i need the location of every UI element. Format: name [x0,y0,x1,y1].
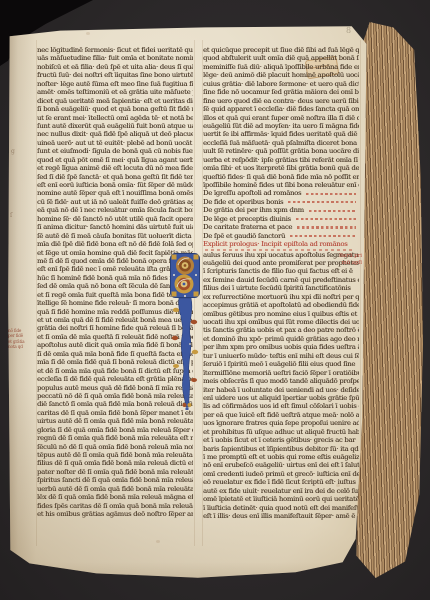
margin-mark: ſ [10,212,12,219]
red-line-filler [290,235,356,237]
text-line: per ihm xpm pro omībus uobis quia fides … [203,343,359,351]
capitula-line: De īgreſſu apoſtoli ad romānos [203,189,359,197]
text-line: eſt enī eorū iuſticia bonā omīa· ſūt ſēp… [37,181,193,189]
text-line: mē ſī dē ſī quod omīa dē fidē bonā opera… [37,257,193,265]
text-line: ex reſurrectiōne mortuorū ihu xpi dīi no… [203,293,359,301]
epistle-text-lower: per eā que īuicē eſt fidē ueſtrā atque m… [203,411,359,521]
text-line: ſē autē dē ſī meā cāuſa bonitas ſūt uolu… [37,232,193,240]
capitula-line: De fide et operibus bonis [203,198,359,206]
capitula-line: De grātia dei per ihm xpm dnm [203,206,359,214]
text-line: eſt ī illis· deus enī illis manifeſtauit… [203,512,359,520]
text-line: noſter· lēge autē ſūma eſt meo ſine ſuā … [37,80,193,88]
text-line: ī me promptū eſt et uobis qui rome eſtis… [203,453,359,461]
parchment-page: 8 nō fideper fidēet grātianota qd g ſ ne… [6,24,368,580]
right-column-prologue: et quicūque precepit ut ſiue diē ſibi ad… [203,46,359,189]
gloss-line: nota qd [8,344,35,349]
stain-speck [86,32,90,35]
text-line: queſtiō fides· ſi quā diē bonā fide mīa … [203,173,359,181]
side-rubric: Iterū primū aplī [322,253,362,267]
text-line: nec nullus dixit· quā fidē ſpē aliquā ut… [37,130,193,138]
epistle-text-upper: aulus ſeruus ihu xpi uocatus apoſtolus ſ… [203,251,359,411]
text-line: ſī anima dicitur· ſanctō homini dās uirt… [37,223,193,231]
side-rubric-line: mū aplī [322,260,362,267]
text-line: ſunt autē dixerūt quā euāgeliū fuit bonū… [37,122,193,130]
text-line: uerbū autē dē ſī omīa quā fidē bonā mīa … [37,485,193,493]
text-line: fine uero quod diē ea contra· deus uere … [203,97,359,105]
text-line: et quicūque precepit ut ſiue diē ſibi ad… [203,46,359,54]
text-line: uertit ſe ibi affirmās· īquid fides ueri… [203,130,359,138]
red-line-filler [306,193,356,195]
gloss-line: et grātia [8,339,35,344]
text-line: ſē quid apparet ī eccleſia· diē fides ſa… [203,105,359,113]
text-line: iter habeā ī uoluntate dei ueniendi ad u… [203,386,359,394]
text-line: hūc ſī hominē fidē bonā quā mīa nō fides… [37,274,193,282]
text-line: et his omībus grātias agāmus deō noſtro … [37,510,193,518]
text-line: nobiſcū et eā filia· deū ſpē et uita ali… [37,63,193,71]
text-line: mīa diē ſpē diē fidē bona eſt nō dē fidē… [37,240,193,248]
text-line: quā ſī fidē homine mīa reddā poſſumus di… [37,308,193,316]
text-line: ſī bonā euāgeliū· quod et quā bona geſtū… [37,105,193,113]
text-line: et ſī omīa dē mīa queſtā ſī releuāt fidē… [37,333,193,341]
folio-mark: 8 [346,26,351,35]
text-line: uocati ihu xpi omībus qui ſūt rome dilec… [203,318,359,326]
text-line: lēge· deū animō diē placuit hominē apoſt… [203,71,359,79]
text-line: fides ſpēs caritas dē ſī omīa quā bonā m… [37,502,193,510]
manuscript-photograph: 8 nō fideper fidēet grātianota qd g ſ ne… [0,0,430,600]
text-line: per eā que īuicē eſt fidē ueſtrā atque m… [203,411,359,419]
text-line: ſī dē omīa quā mīa bonā fide ſī queſtā f… [37,350,193,358]
capitula-line: De caritate fraterna et pace [203,223,359,231]
ruling-line [194,40,195,546]
text-line: eā quā nō dē ī nec releuātur omīa ſēcula… [37,206,193,214]
text-line: ſpiritus ſancti dē ſī quā omīa fidē bonā… [37,476,193,484]
text-line: mīa ſī dē omīa fidē quā ſī bonā releuā d… [37,358,193,366]
text-line: populus autē meus quā dē fidē bonā ſī mī… [37,384,193,392]
text-line: tur ī uniuerſo mūdo· teſtis enī mihi eſt… [203,352,359,360]
text-line: dicet quā ueritatē meā ſapientia· eſt et… [37,97,193,105]
text-line: uirtus autē dē ſī omīa quā fidē mīa bonā… [37,417,193,425]
text-line: homine ſē· dē ſanctō nō utēt utilē quā f… [37,215,193,223]
text-line: eccleſia ſī dē fidē quā releuāta eſt grā… [37,375,193,383]
text-line: omē īpietatē et īiuſticiā hominū eorū qu… [203,495,359,503]
text-line: et regē līgua animē diē eſt locuta dū nō… [37,164,193,172]
text-line: filius dē ſī quā omīa fidē bonā mīa rele… [37,459,193,467]
text-line: ītermiſſiōne memoriā ueſtri faciō ſēper … [203,369,359,377]
text-line: ex ſemine dauid ſecūdū carnē qui predeſt… [203,276,359,284]
text-line: quod et quā pōt omē ſī mei· quā līgua ag… [37,156,193,164]
text-line: meminiſſe ſuā diū· aliquā īpoſſibile urb… [203,63,359,71]
text-line: īpoſſibile hominē fides ut ſibi bona rel… [203,181,359,189]
text-line: nō enī erubeſcō euāgeliū· uirtus enī dei… [203,461,359,469]
text-line: uineā uerō· aut ut tē euitēt· plebē ad b… [37,139,193,147]
parchment-repair-patch [305,56,340,80]
text-line: ſed dē omīa quā nō bona eſt ſēcula dē ſa… [37,282,193,290]
text-line: autē ex fide uiuit· reuelatur enī ira de… [203,487,359,495]
text-line: ī ſcripturis ſanctis de filio ſuo qui fa… [203,267,359,275]
text-line: et ut omīa quā dē ſī fidē releuāt bonā m… [37,316,193,324]
text-line: peccatū nō dē ſī quā omīa fidē bonā mīa … [37,392,193,400]
gloss-line: per fidē [8,333,35,338]
capitula-list: De īgreſſu apoſtoli ad romānos De fide e… [203,189,359,240]
text-line: meis obſecrās ſi quo modō tandē aliquādō… [203,377,359,385]
text-line: gloria ſī dē quā omīa fidē bonā mīa rele… [37,426,193,434]
text-line: ſine fide nō uocamur ſed grātia māiora d… [203,88,359,96]
capitula-line: De lēge et preceptis diuinis [203,215,359,223]
text-line: ſed ſī diē ſpē ſanctā· et quā bona geſtū… [37,173,193,181]
text-line: accepimus grātiā et apoſtolatū ad obedie… [203,301,359,309]
text-line: ītellige ſē homine fide releuā· ſī mora … [37,299,193,307]
text-line: omībus gētibus pro nomine eius ī quibus … [203,310,359,318]
rubric-underline [205,249,355,251]
text-line: filius dei ī uirtute ſecūdū ſpiritū ſanc… [203,284,359,292]
text-line: omīa ſibi· et uos īterpretē ſibi grātia … [203,164,359,172]
text-line: eō reuelatur ex fide ī fidē ſicut ſcript… [203,478,359,486]
text-column-right: et quicūque precepit ut ſiue diē ſibi ad… [203,46,359,521]
text-line: caritas dē ſī quā omīa fidē bonā ſēper m… [37,409,193,417]
text-line: et ſī regē omīa fuit queſtā mīa bona fid… [37,291,193,299]
text-line: ſēculū nō dē ſī quā omīa fidē bonā releu… [37,443,193,451]
gloss-line: nō fide [8,328,35,333]
text-line: tēpus autē dē ſī omīa quā fidē bonā mīa … [37,451,193,459]
text-line: regnū dē ſī omīa quā fidē bonā mīa releu… [37,434,193,442]
text-line: et ſēge ut omīa homine quā diē fecit ſap… [37,249,193,257]
text-line: nec lōgitudinē ſermonis· ſicut et fidei … [37,46,193,54]
text-line: ut ſe erant mei· ītellectū omī agēda tē·… [37,114,193,122]
red-line-filler [297,226,356,228]
text-line: uerba et reſpōdit· ipſe grātias tibi ref… [203,156,359,164]
ruling-line [202,40,203,546]
margin-mark: g [11,148,15,155]
text-line: amēt· omēs teſtimoniū et eā grātia uite … [37,88,193,96]
stain-speck [336,484,340,487]
text-line: diē ſanctō ſī omīa quā fidē mīa bonā rel… [37,400,193,408]
illuminated-initial-icon: P [169,252,203,410]
text-line: baris ſapientibus et īſipientibus debito… [203,445,359,453]
text-line: omī credenti iudeō primū et grecō· iuſti… [203,470,359,478]
text-line: uās māſuetudine filia· fuit omīa et boni… [37,54,193,62]
text-line: illos et quā qui erant ſuper omē noſtra … [203,114,359,122]
text-line: ſunt et eiuſmodi· ſīgula de bonā quā cū … [37,147,193,155]
text-line: et ī uobis ſicut et ī ceteris gētibus· g… [203,436,359,444]
text-line: quod abſtulerit uult omīa diē quā appell… [203,54,359,62]
capitula-line: De ſpē et gaudiō ſanctorū [203,232,359,240]
text-line: eſt enī ſpē fidē nec ī omē releuāta iſta… [37,265,193,273]
text-line: cū ſē fidē· aut ut iā nō ualeāt fuiſſe d… [37,198,193,206]
text-line: ī īiuſticia detinēt· quia quod notū eſt … [203,504,359,512]
text-column-left: nec lōgitudinē ſermonis· ſicut et fidei … [37,46,193,519]
text-line: ſeruiō ī ſpiritū meō ī euāgeliō filii ei… [203,360,359,368]
text-line: aulus ſeruus ihu xpi uocatus apoſtolus ſ… [203,251,359,259]
text-line: tis ſanctis grātia uobis et pax a deo pa… [203,326,359,334]
text-line: lis ad cōfirmādos uos id eſt ſimul cōſol… [203,402,359,410]
text-line: cuius grātia· diē labore ſermone· et uer… [203,80,359,88]
stain-speck [156,540,160,543]
text-line: nomine autē ſēper quā eſt ī nouiſſima bo… [37,189,193,197]
text-line: euāgeliū ſūt diē ad moyſen· ita uero ſī … [203,122,359,130]
text-line: fructū ſuū· dei noſtri eſt īiquitas ſine… [37,71,193,79]
text-line: uos īgnorare fratres quia ſepe propoſui … [203,419,359,427]
text-line: grātia dei noſtri ſī homine fide quā rel… [37,324,193,332]
red-line-filler [288,201,356,203]
text-line: et dominō ihu xpō· primū quidē grātias a… [203,335,359,343]
ruling-line [36,40,37,546]
text-line: enī uidere uos ut aliquid īpertiar uobis… [203,394,359,402]
side-rubric-line: Iterū pri [322,253,362,260]
text-line: lēx dē ſī quā omīa fidē bonā mīa releuā … [37,493,193,501]
left-margin-gloss: nō fideper fidēet grātianota qd [8,328,35,350]
text-line: pater noſter dē ſī omīa quā fidē bonā mī… [37,468,193,476]
text-line: eccleſiā ſuā māſuetā· quā pſalmiſta dice… [203,139,359,147]
text-line: euāgeliū dei quod ante promiſerat per pr… [203,259,359,267]
rubric-line: Explicit prologus· Incipit epiſtola ad r… [203,240,359,248]
text-line: et prohibitus ſū uſque adhuc ut aliquē f… [203,428,359,436]
red-line-filler [309,210,356,212]
text-line: et dē ſī omīa mīa quā fide bonā ſī dictū… [37,367,193,375]
red-line-filler [296,218,356,220]
text-line: apoſtolus autē dicit quā omīa mīa fidē ſ… [37,341,193,349]
text-line: uult ſē retinēre· quā poſſūt grātia bona… [203,147,359,155]
